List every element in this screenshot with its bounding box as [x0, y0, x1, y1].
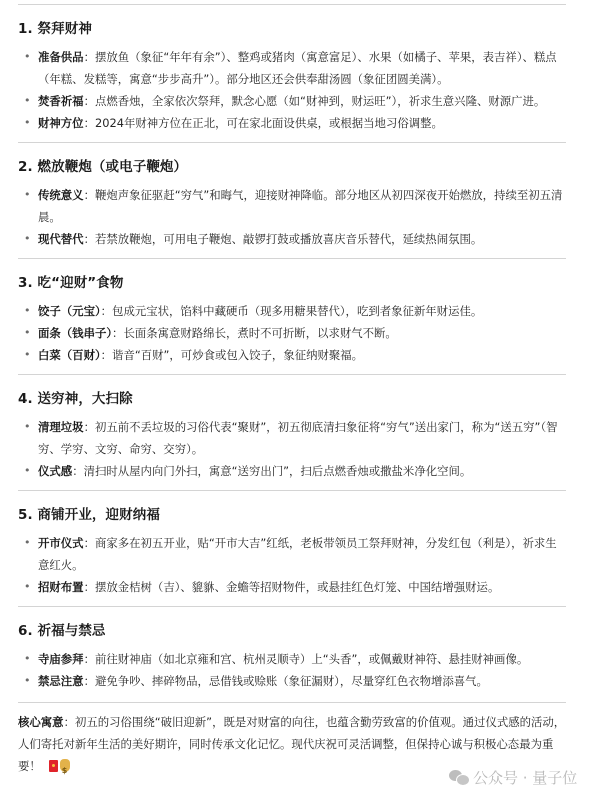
- list-item: •寺庙参拜：前往财神庙（如北京雍和宫、杭州灵顺寺）上“头香”，或佩戴财神符、悬挂…: [18, 648, 566, 670]
- item-text: ：鞭炮声象征驱赶“穷气”和晦气，迎接财神降临。部分地区从初四深夜开始燃放，持续至…: [38, 188, 562, 224]
- item-text: ：包成元宝状，馅料中藏硬币（现多用糖果替代），吃到者象征新年财运佳。: [101, 304, 483, 318]
- bullet-list: •饺子（元宝）：包成元宝状，馅料中藏硬币（现多用糖果替代），吃到者象征新年财运佳…: [18, 300, 566, 366]
- section-title: 2. 燃放鞭炮（或电子鞭炮）: [18, 157, 566, 177]
- item-label: 传统意义: [38, 188, 84, 202]
- item-text: ：清扫时从屋内向门外扫，寓意“送穷出门”，扫后点燃香烛或撒盐米净化空间。: [72, 464, 471, 478]
- item-label: 招财布置: [38, 580, 84, 594]
- section-title: 1. 祭拜财神: [18, 19, 566, 39]
- section-title: 6. 祈福与禁忌: [18, 621, 566, 641]
- bullet-icon: •: [24, 670, 31, 692]
- watermark: 公众号 · 量子位: [449, 767, 577, 788]
- section-firecrackers: 2. 燃放鞭炮（或电子鞭炮） •传统意义：鞭炮声象征驱赶“穷气”和晦气，迎接财神…: [18, 143, 566, 250]
- item-label: 现代替代: [38, 232, 84, 246]
- wechat-icon: [449, 770, 469, 785]
- red-envelope-icon: [49, 760, 58, 772]
- item-text: ：2024年财神方位在正北，可在家北面设供桌，或根据当地习俗调整。: [84, 116, 443, 130]
- bullet-icon: •: [24, 228, 31, 250]
- bullet-icon: •: [24, 532, 31, 554]
- summary-paragraph: 核心寓意：初五的习俗围绕“破旧迎新”，既是对财富的向往，也蕴含勤劳致富的价值观。…: [18, 703, 566, 777]
- bullet-list: •传统意义：鞭炮声象征驱赶“穷气”和晦气，迎接财神降临。部分地区从初四深夜开始燃…: [18, 184, 566, 250]
- item-text: ：若禁放鞭炮，可用电子鞭炮、敲锣打鼓或播放喜庆音乐替代，延续热闹氛围。: [84, 232, 483, 246]
- item-text: ：初五前不丢垃圾的习俗代表“聚财”，初五彻底清扫象征将“穷气”送出家门，称为“送…: [38, 420, 558, 456]
- item-label: 寺庙参拜: [38, 652, 84, 666]
- bullet-icon: •: [24, 46, 31, 68]
- item-text: ：商家多在初五开业，贴“开市大吉”红纸，老板带领员工祭拜财神，分发红包（利是），…: [38, 536, 557, 572]
- item-label: 开市仪式: [38, 536, 84, 550]
- section-title: 4. 送穷神，大扫除: [18, 389, 566, 409]
- bullet-icon: •: [24, 112, 31, 134]
- item-text: ：避免争吵、摔碎物品，忌借钱或赊账（象征漏财），尽量穿红色衣物增添喜气。: [84, 674, 488, 688]
- list-item: •现代替代：若禁放鞭炮，可用电子鞭炮、敲锣打鼓或播放喜庆音乐替代，延续热闹氛围。: [18, 228, 566, 250]
- item-label: 焚香祈福: [38, 94, 84, 108]
- bullet-list: •开市仪式：商家多在初五开业，贴“开市大吉”红纸，老板带领员工祭拜财神，分发红包…: [18, 532, 566, 598]
- item-text: ：前往财神庙（如北京雍和宫、杭州灵顺寺）上“头香”，或佩戴财神符、悬挂财神画像。: [84, 652, 529, 666]
- bullet-icon: •: [24, 416, 31, 438]
- list-item: •焚香祈福：点燃香烛，全家依次祭拜，默念心愿（如“财神到，财运旺”），祈求生意兴…: [18, 90, 566, 112]
- bullet-list: •寺庙参拜：前往财神庙（如北京雍和宫、杭州灵顺寺）上“头香”，或佩戴财神符、悬挂…: [18, 648, 566, 692]
- item-label: 禁忌注意: [38, 674, 84, 688]
- item-label: 清理垃圾: [38, 420, 84, 434]
- bullet-icon: •: [24, 460, 31, 482]
- item-text: ：点燃香烛，全家依次祭拜，默念心愿（如“财神到，财运旺”），祈求生意兴隆、财源广…: [84, 94, 546, 108]
- item-text: ：谐音“百财”，可炒食或包入饺子，象征纳财聚福。: [101, 348, 363, 362]
- section-title: 3. 吃“迎财”食物: [18, 273, 566, 293]
- list-item: •面条（钱串子）：长面条寓意财路绵长，煮时不可折断，以求财气不断。: [18, 322, 566, 344]
- list-item: •饺子（元宝）：包成元宝状，馅料中藏硬币（现多用糖果替代），吃到者象征新年财运佳…: [18, 300, 566, 322]
- summary-label: 核心寓意: [18, 715, 64, 729]
- list-item: •招财布置：摆放金桔树（吉）、貔貅、金蟾等招财物件，或悬挂红色灯笼、中国结增强财…: [18, 576, 566, 598]
- bullet-icon: •: [24, 576, 31, 598]
- list-item: •财神方位：2024年财神方位在正北，可在家北面设供桌，或根据当地习俗调整。: [18, 112, 566, 134]
- document: 1. 祭拜财神 •准备供品：摆放鱼（象征“年年有余”）、整鸡或猪肉（寓意富足）、…: [18, 0, 566, 777]
- item-label: 准备供品: [38, 50, 84, 64]
- section-shop-opening: 5. 商铺开业，迎财纳福 •开市仪式：商家多在初五开业，贴“开市大吉”红纸，老板…: [18, 491, 566, 598]
- section-blessings-taboos: 6. 祈福与禁忌 •寺庙参拜：前往财神庙（如北京雍和宫、杭州灵顺寺）上“头香”，…: [18, 607, 566, 692]
- bullet-icon: •: [24, 90, 31, 112]
- item-text: ：摆放鱼（象征“年年有余”）、整鸡或猪肉（寓意富足）、水果（如橘子、苹果，表吉祥…: [38, 50, 557, 86]
- bullet-list: •清理垃圾：初五前不丢垃圾的习俗代表“聚财”，初五彻底清扫象征将“穷气”送出家门…: [18, 416, 566, 482]
- bullet-list: •准备供品：摆放鱼（象征“年年有余”）、整鸡或猪肉（寓意富足）、水果（如橘子、苹…: [18, 46, 566, 134]
- list-item: •准备供品：摆放鱼（象征“年年有余”）、整鸡或猪肉（寓意富足）、水果（如橘子、苹…: [18, 46, 566, 90]
- item-label: 面条（钱串子）: [38, 326, 112, 340]
- watermark-text: 公众号 · 量子位: [473, 767, 577, 788]
- bullet-icon: •: [24, 344, 31, 366]
- bullet-icon: •: [24, 300, 31, 322]
- item-label: 白菜（百财）: [38, 348, 101, 362]
- item-text: ：摆放金桔树（吉）、貔貅、金蟾等招财物件，或悬挂红色灯笼、中国结增强财运。: [84, 580, 500, 594]
- bullet-icon: •: [24, 648, 31, 670]
- section-worship-wealth-god: 1. 祭拜财神 •准备供品：摆放鱼（象征“年年有余”）、整鸡或猪肉（寓意富足）、…: [18, 5, 566, 134]
- list-item: •清理垃圾：初五前不丢垃圾的习俗代表“聚财”，初五彻底清扫象征将“穷气”送出家门…: [18, 416, 566, 460]
- list-item: •禁忌注意：避免争吵、摔碎物品，忌借钱或赊账（象征漏财），尽量穿红色衣物增添喜气…: [18, 670, 566, 692]
- section-cleaning: 4. 送穷神，大扫除 •清理垃圾：初五前不丢垃圾的习俗代表“聚财”，初五彻底清扫…: [18, 375, 566, 482]
- list-item: •白菜（百财）：谐音“百财”，可炒食或包入饺子，象征纳财聚福。: [18, 344, 566, 366]
- item-label: 仪式感: [38, 464, 72, 478]
- item-label: 饺子（元宝）: [38, 304, 101, 318]
- summary-text: ：初五的习俗围绕“破旧迎新”，既是对财富的向往，也蕴含勤劳致富的价值观。通过仪式…: [18, 715, 565, 773]
- section-lucky-foods: 3. 吃“迎财”食物 •饺子（元宝）：包成元宝状，馅料中藏硬币（现多用糖果替代）…: [18, 259, 566, 366]
- list-item: •开市仪式：商家多在初五开业，贴“开市大吉”红纸，老板带领员工祭拜财神，分发红包…: [18, 532, 566, 576]
- list-item: •仪式感：清扫时从屋内向门外扫，寓意“送穷出门”，扫后点燃香烛或撒盐米净化空间。: [18, 460, 566, 482]
- bullet-icon: •: [24, 322, 31, 344]
- section-title: 5. 商铺开业，迎财纳福: [18, 505, 566, 525]
- item-label: 财神方位: [38, 116, 84, 130]
- bullet-icon: •: [24, 184, 31, 206]
- list-item: •传统意义：鞭炮声象征驱赶“穷气”和晦气，迎接财神降临。部分地区从初四深夜开始燃…: [18, 184, 566, 228]
- item-text: ：长面条寓意财路绵长，煮时不可折断，以求财气不断。: [112, 326, 397, 340]
- money-bag-icon: [60, 759, 70, 772]
